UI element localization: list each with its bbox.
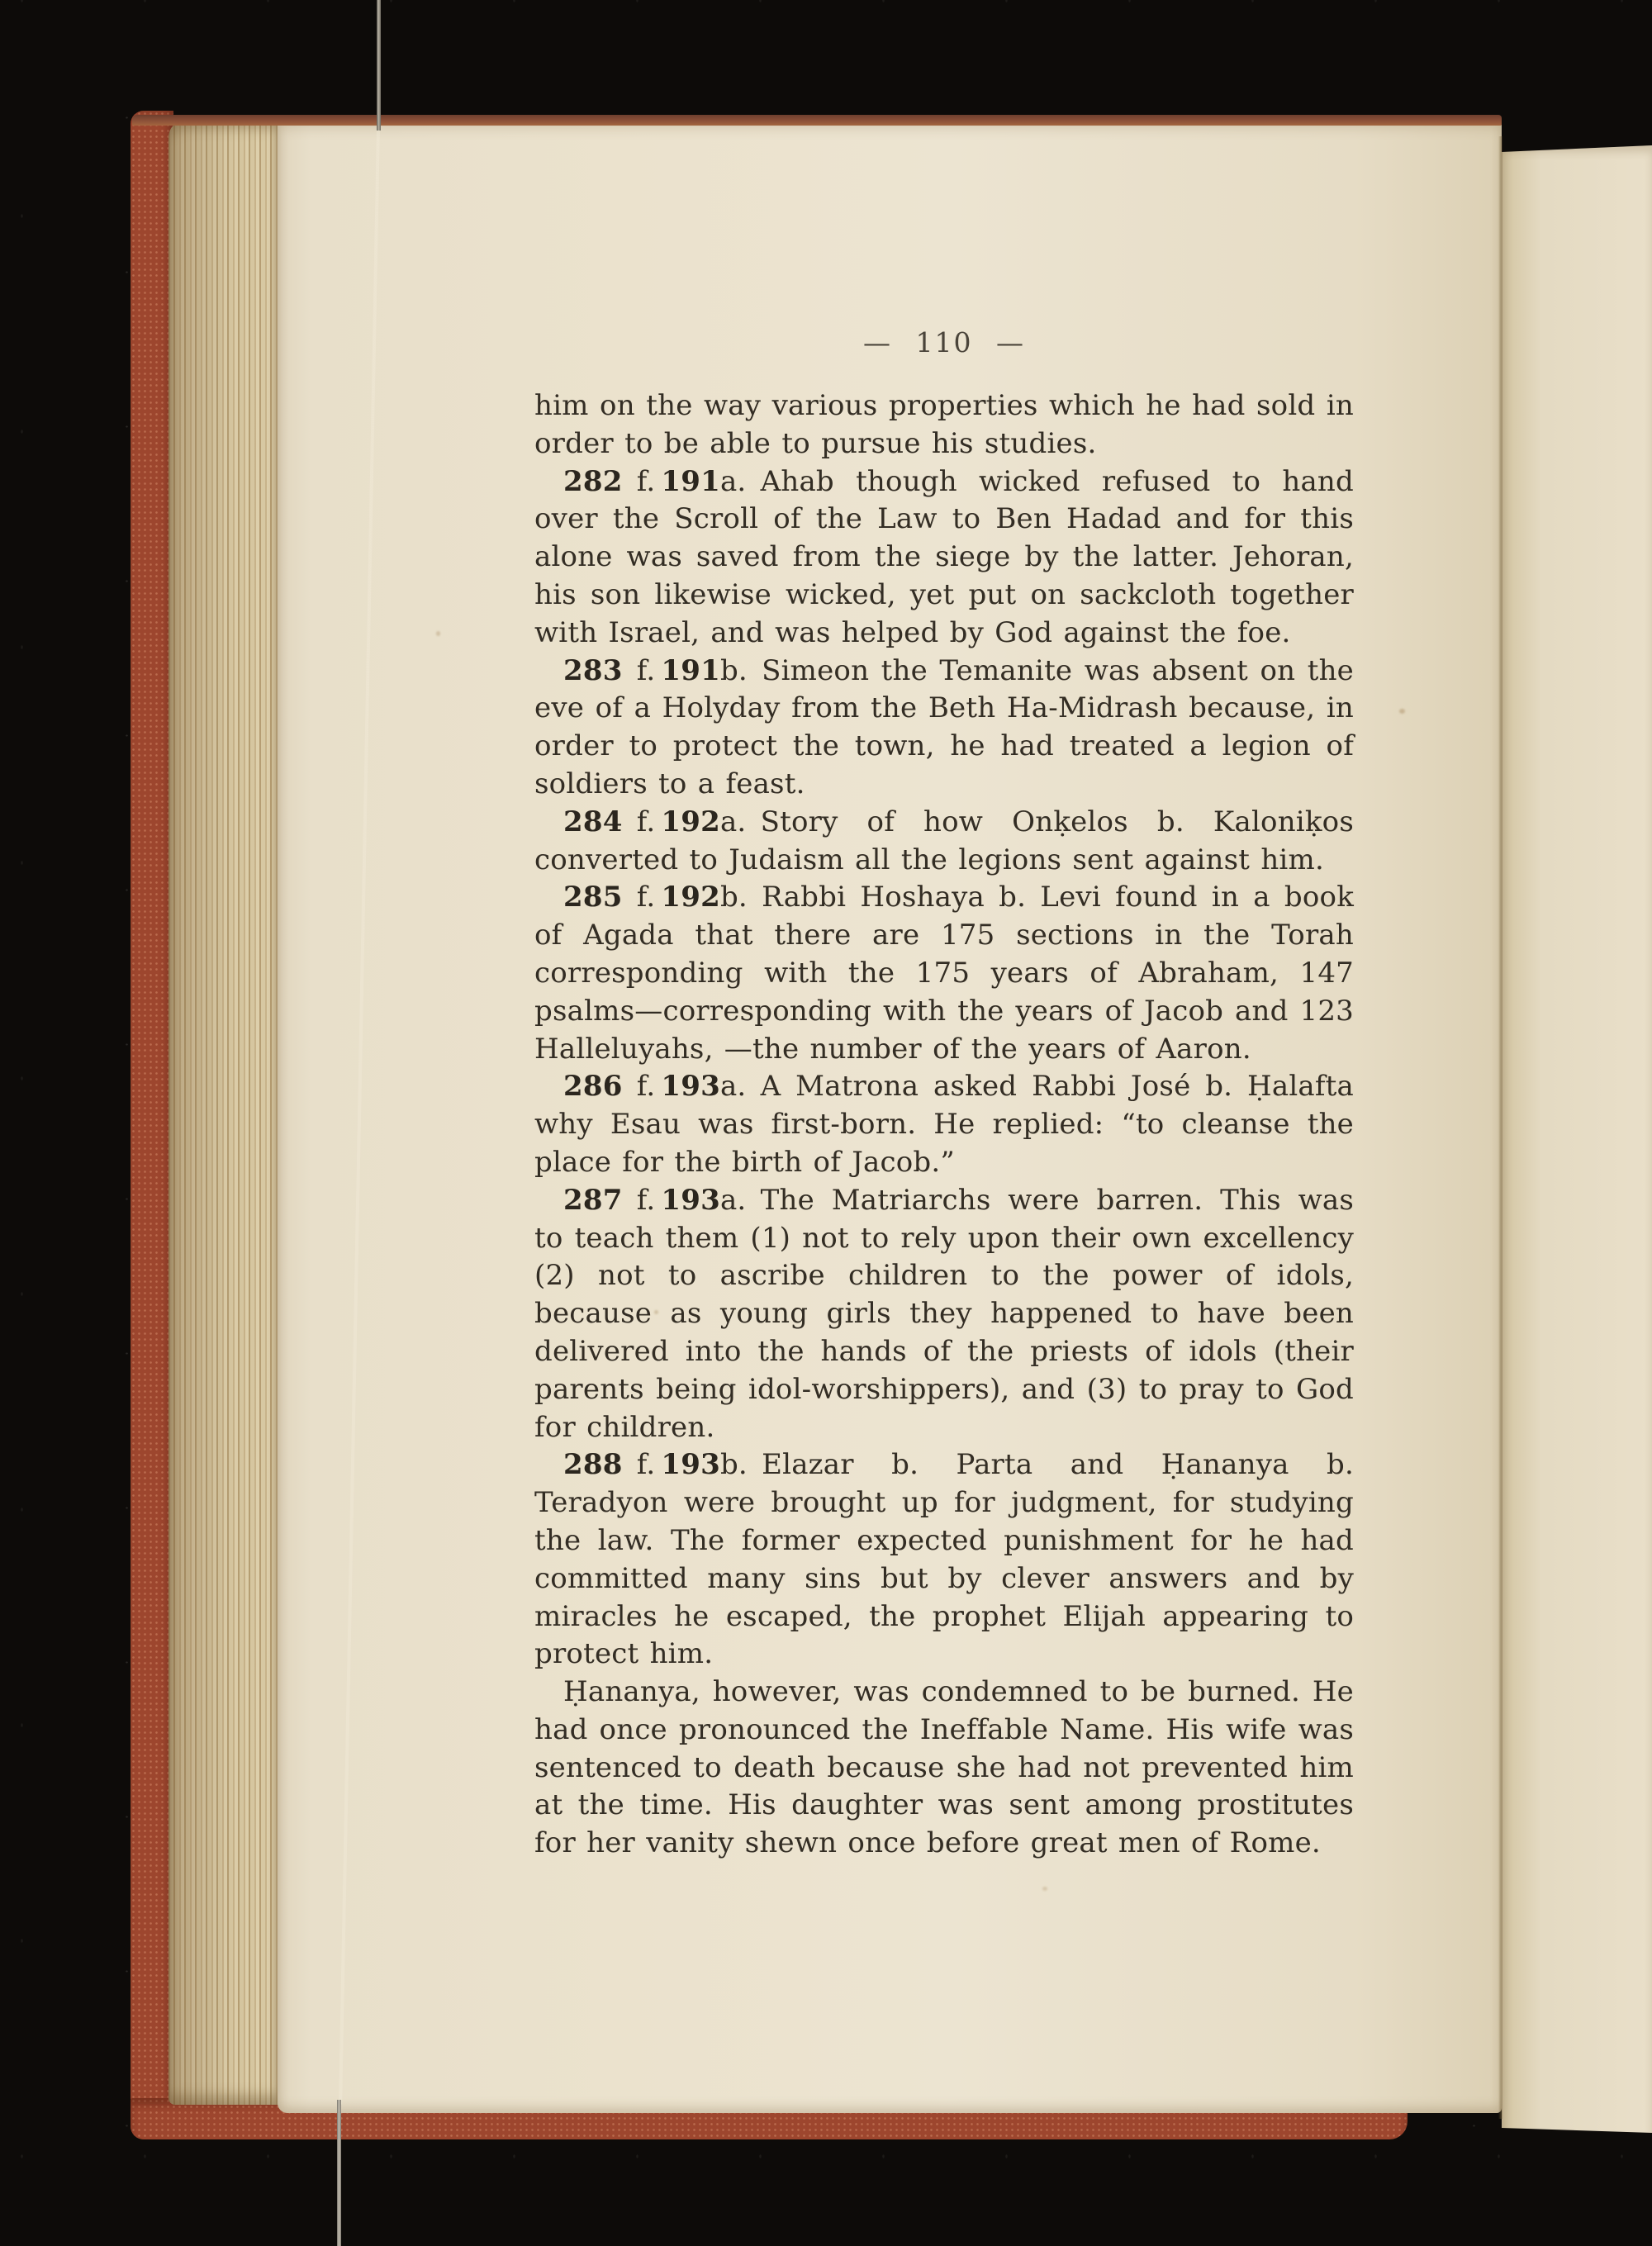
entry-folio-number: 191 xyxy=(661,654,720,687)
entry-number: 288 xyxy=(563,1448,623,1481)
entry-paragraph: 283 f. 191b. Simeon the Temanite was abs… xyxy=(534,653,1354,804)
entry-body: b. Simeon the Temanite was absent on the… xyxy=(534,654,1354,800)
entry-paragraph: 288 f. 193b. Elazar b. Parta and Ḥananya… xyxy=(534,1446,1354,1674)
page-number-header: — 110 — xyxy=(534,326,1354,359)
entry-folio-number: 193 xyxy=(661,1070,720,1103)
book-top-edge-stain xyxy=(132,115,1502,126)
entry-paragraph: him on the way various properties which … xyxy=(534,387,1354,463)
entry-number: 285 xyxy=(563,881,623,914)
cradle-thread-top-segment xyxy=(377,0,381,131)
entry-paragraph: Ḥananya, however, was condemned to be bu… xyxy=(534,1674,1354,1863)
page-fore-edges xyxy=(169,121,279,2105)
entry-folio-number: 192 xyxy=(661,881,720,914)
entry-body: b. Rabbi Hoshaya b. Levi found in a book… xyxy=(534,881,1354,1065)
entry-body: a. Ahab though wicked refused to hand ov… xyxy=(534,465,1354,649)
book-cover-left-edge xyxy=(131,111,173,2139)
entry-body: a. Story of how Onḳelos b. Kaloniḳos con… xyxy=(534,805,1354,876)
gutter-shadow xyxy=(1498,136,1502,2119)
foxing-speck xyxy=(654,1310,658,1314)
right-page-sliver xyxy=(1502,145,1652,2133)
entry-folio-number: 192 xyxy=(661,805,720,838)
entry-paragraph: 287 f. 193a. The Matriarchs were barren.… xyxy=(534,1182,1354,1447)
entry-paragraph: 284 f. 192a. Story of how Onḳelos b. Kal… xyxy=(534,804,1354,880)
entry-body: Ḥananya, however, was condemned to be bu… xyxy=(534,1675,1354,1859)
entry-number: 287 xyxy=(563,1184,623,1217)
entry-number: 286 xyxy=(563,1070,623,1103)
entry-paragraph: 285 f. 192b. Rabbi Hoshaya b. Levi found… xyxy=(534,879,1354,1068)
entry-folio-number: 191 xyxy=(661,465,720,498)
cradle-thread-bottom-segment xyxy=(337,2100,341,2246)
entry-body: him on the way various properties which … xyxy=(534,389,1354,460)
text-block: him on the way various properties which … xyxy=(534,387,1354,1863)
entry-body: a. A Matrona asked Rabbi José b. Ḥalafta… xyxy=(534,1070,1354,1179)
entry-folio-number: 193 xyxy=(661,1184,720,1217)
entry-paragraph: 286 f. 193a. A Matrona asked Rabbi José … xyxy=(534,1068,1354,1181)
foxing-speck xyxy=(1399,709,1405,714)
entry-paragraph: 282 f. 191a. Ahab though wicked refused … xyxy=(534,463,1354,653)
entry-number: 283 xyxy=(563,654,623,687)
entry-number: 284 xyxy=(563,805,623,838)
foxing-speck xyxy=(436,631,440,636)
entry-number: 282 xyxy=(563,465,623,498)
entry-body: b. Elazar b. Parta and Ḥananya b. Terady… xyxy=(534,1448,1354,1670)
entry-folio-number: 193 xyxy=(661,1448,720,1481)
foxing-speck xyxy=(1042,1887,1047,1891)
open-book: — 110 — him on the way various propertie… xyxy=(0,0,1652,2246)
